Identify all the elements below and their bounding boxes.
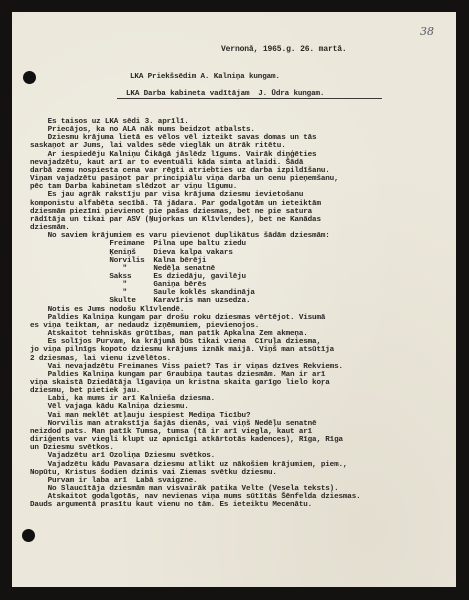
body-line: jo viņa pilnīgs kopoto dziesmu krājums i… bbox=[30, 346, 361, 354]
song-list-item: " Ganiņa bērēs bbox=[30, 281, 361, 289]
body-line: Paldies Kalniņa kungam par Graubiņa taut… bbox=[30, 371, 361, 379]
punch-hole-bottom bbox=[22, 529, 35, 542]
body-line: rādītāja un tikai par ASV (Ņujorkas un K… bbox=[30, 216, 361, 224]
body-line: Atskaitot godalgotās, nav nevienas viņa … bbox=[30, 493, 361, 501]
body-line: Vēl vajaga kādu Kalniņa dziesmu. bbox=[30, 403, 361, 411]
body-line: Viņam vajadzētu pasiņot par principiālu … bbox=[30, 175, 361, 183]
song-list-item: " Saule koklēs skandināja bbox=[30, 289, 361, 297]
body-line: dziesmām piezīmi pievienot pie pašas dzi… bbox=[30, 208, 361, 216]
body-line: pēc tam Darba kabinetam slēdzot ar viņu … bbox=[30, 183, 361, 191]
song-list-item: Skulte Karavīris man uzsedza. bbox=[30, 297, 361, 305]
body-line: nevajadzētu, kaut arī ar to eventuāli kā… bbox=[30, 159, 361, 167]
body-line: dziesmu, bet pietiek jau. bbox=[30, 387, 361, 395]
body-line: Atskaitot tehniskās grūtības, man patīk … bbox=[30, 330, 361, 338]
body-line: No Slaucītāja dziesmām man visvairāk pat… bbox=[30, 485, 361, 493]
body-line: un Dziesmu svētkos. bbox=[30, 444, 361, 452]
letter-body: Es taisos uz LKA sēdi 3. aprīlī. Priecāj… bbox=[30, 118, 361, 510]
body-line: Priecājos, ka no ALA nāk mums beidzot at… bbox=[30, 126, 361, 134]
addressee-underline bbox=[117, 98, 382, 99]
body-line: No saviem krājumiem es varu pievienot du… bbox=[30, 232, 361, 240]
song-list-item: Ķeniņš Dieva kalpa vakars bbox=[30, 249, 361, 257]
body-line: es viņa teiktam, ar nedaudz izņēmumiem, … bbox=[30, 322, 361, 330]
body-line: Vajadzētu kādu Pavasara dziesmu atlikt u… bbox=[30, 461, 361, 469]
body-line: viņa skaistā Dziedātāja līgaviņa un kris… bbox=[30, 379, 361, 387]
body-line: neizdod pats. Man patīk Tumsa, tumsa (tā… bbox=[30, 428, 361, 436]
addressee-1: LKA Priekšsēdim A. Kalniņa kungam. bbox=[130, 73, 280, 81]
body-line: Vajadzētu arī Ozoliņa Dziesmu svētkos. bbox=[30, 452, 361, 460]
body-line: Paldies Kalniņa kungam par drošu roku dz… bbox=[30, 314, 361, 322]
date-line: Vernonā, 1965.g. 26. martā. bbox=[221, 46, 347, 54]
body-line: diriģents var viegli klupt uz apnicīgi a… bbox=[30, 436, 361, 444]
body-line: dziesmām. bbox=[30, 224, 361, 232]
body-line: Ar iespiedēju Kalniņu Čikāgā jāslēdz līg… bbox=[30, 151, 361, 159]
body-line: Labi, ka mums ir arī Kalnieša dziesma. bbox=[30, 395, 361, 403]
song-list-item: Sakss Es dziedāju, gavilēju bbox=[30, 273, 361, 281]
song-list-item: Norvilis Kalna bērēji bbox=[30, 257, 361, 265]
addressee-2: LKA Darba kabineta vadītājam J. Ūdra kun… bbox=[126, 90, 324, 98]
body-line: Es taisos uz LKA sēdi 3. aprīlī. bbox=[30, 118, 361, 126]
body-line: Purvam ir laba arī Labā svaigzne. bbox=[30, 477, 361, 485]
handwritten-page-number: 38 bbox=[420, 25, 434, 38]
body-line: darbā zemu nospiesta cena var rēgti atri… bbox=[30, 167, 361, 175]
body-line: Dauds argumentā prasītu kaut vienu no tā… bbox=[30, 501, 361, 509]
body-line: 2 dziesmas, lai vienu izvēlētos. bbox=[30, 355, 361, 363]
body-line: komponistu alfabēta secībā. Tā jādara. P… bbox=[30, 200, 361, 208]
body-line: Vai man meklēt atļauju iespiest Mediņa T… bbox=[30, 412, 361, 420]
body-line: Norvilis man atrakstīja šajās dienās, va… bbox=[30, 420, 361, 428]
song-list-item: Freimane Pilna upe baltu ziedu bbox=[30, 240, 361, 248]
body-line: Notis es Jums nodošu Klīvlendē. bbox=[30, 306, 361, 314]
body-line: Dziesmu krājuma lietā es vēlos vēl iztei… bbox=[30, 134, 361, 142]
body-line: Es jau agrāk rakstīju par visa krājuma d… bbox=[30, 191, 361, 199]
body-line: Nopūtu, Kristus šodien dzimis vai Ziemas… bbox=[30, 469, 361, 477]
body-line: Es solījos Purvam, ka krājumā būs tikai … bbox=[30, 338, 361, 346]
punch-hole-top bbox=[23, 71, 36, 84]
song-list-item: " Nedēļa senatnē bbox=[30, 265, 361, 273]
body-line: saskaņot ar Jums, lai valdes sēde vieglā… bbox=[30, 142, 361, 150]
body-line: Vai nevajadzētu Freimanes Viss paiet? Ta… bbox=[30, 363, 361, 371]
